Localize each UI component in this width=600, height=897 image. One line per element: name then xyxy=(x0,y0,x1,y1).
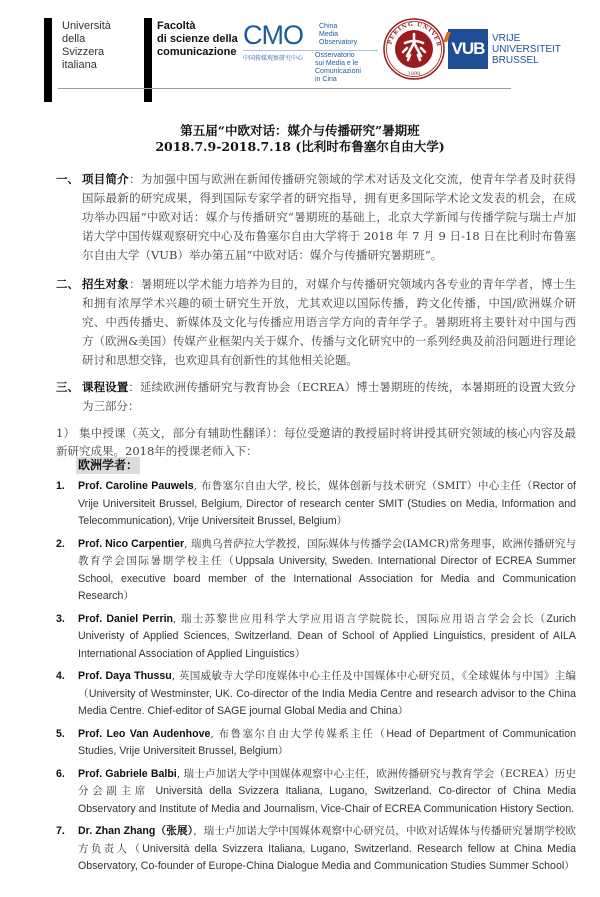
cmo-acronym: CMO xyxy=(243,20,303,50)
cmo-chinese-name: 中国传媒观察研究中心 xyxy=(243,53,303,62)
lecturer-item: 2.Prof. Nico Carpentier, 瑞典乌普萨拉大学教授，国际媒体… xyxy=(56,536,576,606)
section-number: 三、 xyxy=(56,378,79,397)
faculty-logo-line: comunicazione xyxy=(157,46,238,59)
section-label: 课程设置 xyxy=(82,380,128,394)
svg-text:1898: 1898 xyxy=(408,71,421,77)
header-rule xyxy=(58,88,511,89)
cmo-italian-line: Comunicazioni xyxy=(315,68,361,76)
section-number: 二、 xyxy=(56,275,79,294)
lecturer-title-en: （Università della Svizzera Italiana, Lug… xyxy=(78,843,576,873)
cmo-english-name: China Media Observatory xyxy=(319,23,357,47)
lecturer-item: 3.Prof. Daniel Perrin, 瑞士苏黎世应用科学大学应用语言学院… xyxy=(56,611,576,664)
vub-mark: VUB xyxy=(448,29,488,69)
lecturer-number: 6. xyxy=(56,766,65,784)
vub-logo: VUB VRIJE UNIVERSITEIT BRUSSEL xyxy=(448,29,593,69)
usi-logo-bar xyxy=(44,18,52,102)
section-text: ：延续欧洲传播研究与教育协会（ECREA）博士暑期班的传统，本暑期班的设置大致分… xyxy=(82,380,576,413)
faculty-logo-bar xyxy=(144,18,152,102)
lecturer-name: Prof. Leo Van Audenhove xyxy=(78,728,210,740)
section-body: 课程设置：延续欧洲传播研究与教育协会（ECREA）博士暑期班的传统，本暑期班的设… xyxy=(82,378,576,416)
lecturer-title-cn: , 瑞士苏黎世应用科学大学应用语言学院院长，国际应用语言学会会长 xyxy=(173,613,535,625)
document-subtitle-dates: 2018.7.9-2018.7.18 (比利时布鲁塞尔自由大学) xyxy=(0,139,600,155)
course-part-1-text: 1） 集中授课（英文，部分有辅助性翻译）：每位受邀请的教授届时将讲授其研究领域的… xyxy=(56,424,576,460)
usi-logo: Università della Svizzera italiana xyxy=(62,20,111,72)
vub-name-line: VRIJE xyxy=(492,33,561,44)
section-label: 项目简介 xyxy=(82,172,129,186)
usi-logo-line: Università xyxy=(62,20,111,33)
lecturer-number: 2. xyxy=(56,536,65,554)
european-scholars-heading: 欧洲学者： xyxy=(76,457,140,474)
logo-header: Università della Svizzera italiana Facol… xyxy=(0,0,600,105)
cmo-italian-line: sui Media e le xyxy=(315,60,361,68)
lecturer-name: Prof. Daniel Perrin xyxy=(78,613,173,625)
vub-name-line: UNIVERSITEIT xyxy=(492,44,561,55)
section-text: ：为加强中国与欧洲在新闻传播研究领域的学术对话及文化交流，使青年学者及时获得国际… xyxy=(82,172,576,262)
lecturer-number: 4. xyxy=(56,668,65,686)
faculty-logo-line: di scienze della xyxy=(157,33,238,46)
lecturer-list: 1.Prof. Caroline Pauwels, 布鲁塞尔自由大学, 校长，媒… xyxy=(56,478,576,881)
usi-logo-line: della xyxy=(62,33,111,46)
cmo-italian-line: Osservatorio xyxy=(315,52,361,60)
lecturer-item: 6.Prof. Gabriele Balbi, 瑞士卢加诺大学中国媒体观察中心主… xyxy=(56,766,576,819)
peking-university-seal-icon: PEKING UNIVERSITY 1898 xyxy=(383,18,445,80)
lecturer-name: Prof. Caroline Pauwels xyxy=(78,480,194,492)
lecturer-number: 7. xyxy=(56,823,65,841)
lecturer-number: 1. xyxy=(56,478,65,496)
section-body: 项目简介：为加强中国与欧洲在新闻传播研究领域的学术对话及文化交流，使青年学者及时… xyxy=(82,170,576,265)
lecturer-name: Prof. Gabriele Balbi xyxy=(78,768,177,780)
lecturer-number: 3. xyxy=(56,611,65,629)
usi-logo-line: italiana xyxy=(62,59,111,72)
faculty-logo-line: Facoltà xyxy=(157,20,238,33)
lecturer-item: 7.Dr. Zhan Zhang（张展），瑞士卢加诺大学中国媒体观察中心研究员，… xyxy=(56,823,576,876)
cmo-logo: CMO China Media Observatory 中国传媒观察研究中心 O… xyxy=(243,20,378,86)
lecturer-item: 1.Prof. Caroline Pauwels, 布鲁塞尔自由大学, 校长，媒… xyxy=(56,478,576,531)
lecturer-name: Prof. Daya Thussu xyxy=(78,670,172,682)
cmo-english-line: Observatory xyxy=(319,39,357,47)
lecturer-title-cn: , 英国威敏寺大学印度媒体中心主任及中国媒体中心研究员，《全球媒体与中国》主编 xyxy=(172,670,576,682)
section-eligibility: 二、 招生对象：暑期班以学术能力培养为目的，对媒介与传播研究领域内各专业的青年学… xyxy=(56,275,576,370)
vub-name-line: BRUSSEL xyxy=(492,55,561,66)
lecturer-title-cn: , 布鲁塞尔自由大学传媒系主任 xyxy=(210,728,374,740)
usi-logo-line: Svizzera xyxy=(62,46,111,59)
lecturer-title-en: （University of Westminster, UK. Co-direc… xyxy=(78,688,576,718)
section-project-intro: 一、 项目简介：为加强中国与欧洲在新闻传播研究领域的学术对话及文化交流，使青年学… xyxy=(56,170,576,265)
lecturer-name: Dr. Zhan Zhang（张展） xyxy=(78,825,193,837)
cmo-italian-name: Osservatorio sui Media e le Comunicazion… xyxy=(315,52,361,84)
lecturer-name: Prof. Nico Carpentier xyxy=(78,538,184,550)
vub-name: VRIJE UNIVERSITEIT BRUSSEL xyxy=(492,33,561,66)
lecturer-title-cn: , 布鲁塞尔自由大学, 校长，媒体创新与技术研究（SMIT）中心主任 xyxy=(194,480,522,492)
section-curriculum: 三、 课程设置：延续欧洲传播研究与教育协会（ECREA）博士暑期班的传统，本暑期… xyxy=(56,378,576,416)
cmo-italian-line: in Cina xyxy=(315,76,361,84)
section-label: 招生对象 xyxy=(82,277,129,291)
section-body: 招生对象：暑期班以学术能力培养为目的，对媒介与传播研究领域内各专业的青年学者，博… xyxy=(82,275,576,370)
section-text: ：暑期班以学术能力培养为目的，对媒介与传播研究领域内各专业的青年学者，博士生和拥… xyxy=(82,277,576,367)
cmo-english-line: Media xyxy=(319,31,357,39)
lecturer-item: 4.Prof. Daya Thussu, 英国威敏寺大学印度媒体中心主任及中国媒… xyxy=(56,668,576,721)
lecturer-number: 5. xyxy=(56,726,65,744)
cmo-divider xyxy=(243,50,378,51)
cmo-english-line: China xyxy=(319,23,357,31)
faculty-logo: Facoltà di scienze della comunicazione xyxy=(157,20,238,59)
lecturer-title-en: Università della Svizzera Italiana, Luga… xyxy=(78,785,576,815)
document-title: 第五届“中欧对话：媒介与传播研究”暑期班 xyxy=(0,123,600,139)
section-number: 一、 xyxy=(56,170,79,189)
lecturer-item: 5.Prof. Leo Van Audenhove, 布鲁塞尔自由大学传媒系主任… xyxy=(56,726,576,761)
